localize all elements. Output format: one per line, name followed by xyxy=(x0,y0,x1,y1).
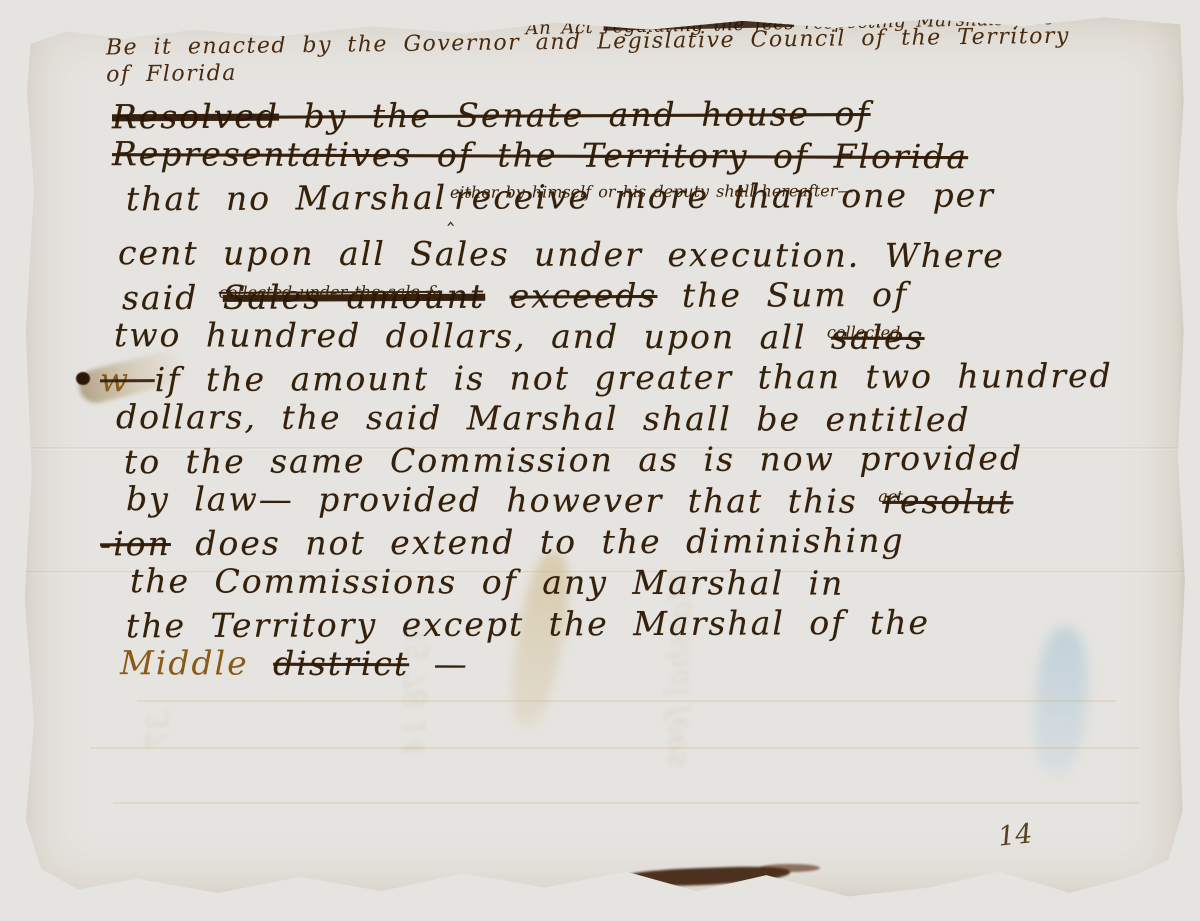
text-segment: said xyxy=(122,278,223,317)
text-segment: An Act xyxy=(525,17,603,39)
bottom-edge-ink-blot xyxy=(615,865,790,888)
interlineation: collected xyxy=(827,324,900,340)
text-segment: -ion xyxy=(100,524,171,563)
text-segment: by law— provided however that this xyxy=(126,479,882,521)
manuscript-line: said Sales amountcollected under the sal… xyxy=(122,273,1172,319)
scan-background: { "page": { "page_number": "14", "colors… xyxy=(0,0,1200,921)
text-segment: to the same Commission as is now provide… xyxy=(124,438,1023,481)
manuscript-body: Resolved by the Senate and house ofRepre… xyxy=(112,94,1172,685)
text-segment: regulating the fees xyxy=(603,13,794,38)
bleedthrough-ghost-text: 37 xyxy=(141,710,177,749)
interlineation: collected under the sale & xyxy=(219,284,442,301)
bleedthrough-line xyxy=(113,802,1139,804)
ink-smudge-dot xyxy=(76,372,90,385)
text-segment: if the amount is not greater than two hu… xyxy=(155,356,1113,399)
manuscript-line: cent upon all Sales under execution. Whe… xyxy=(118,232,1172,277)
page-number-pencil: 14 xyxy=(996,818,1033,852)
text-segment: resolutact xyxy=(882,482,1013,521)
manuscript-line: dollars, the said Marshal shall be entit… xyxy=(116,396,1172,441)
text-segment: by the Senate and house of xyxy=(279,94,871,136)
manuscript-line: two hundred dollars, and upon all salesc… xyxy=(114,314,1172,359)
text-segment: — xyxy=(409,644,469,683)
manuscript-line: to the same Commission as is now provide… xyxy=(124,437,1172,483)
enacting-clause: An Act regulating the fees respecting Ma… xyxy=(106,22,1167,89)
text-segment: Middle xyxy=(120,643,273,683)
manuscript-page: 35 78 14 Marshal fees 37 An Act regulati… xyxy=(20,12,1186,900)
text-segment: Sales amountcollected under the sale & xyxy=(223,277,486,317)
bottom-edge-ink-blot xyxy=(760,864,820,872)
interlineation: act xyxy=(878,488,903,504)
manuscript-line: Middle district — xyxy=(120,642,1172,687)
text-segment: salescollected xyxy=(831,318,925,357)
text-segment: w xyxy=(100,360,155,399)
text-segment: receive more than one pereither by himse… xyxy=(454,175,995,216)
text-segment: dollars, the said Marshal shall be entit… xyxy=(116,397,971,439)
text-segment xyxy=(485,277,510,316)
manuscript-line: that no Marshal‸receive more than one pe… xyxy=(126,174,1172,237)
text-segment: district xyxy=(273,644,409,683)
text-segment: two hundred dollars, and upon all xyxy=(114,315,831,357)
manuscript-line: w if the amount is not greater than two … xyxy=(100,355,1172,401)
bleedthrough-line xyxy=(90,747,1139,749)
manuscript-line: Representatives of the Territory of Flor… xyxy=(112,133,1172,178)
manuscript-line: by law— provided however that this resol… xyxy=(126,478,1172,523)
manuscript-line: the Commissions of any Marshal in xyxy=(130,560,1172,605)
text-segment: the Territory except the Marshal of the xyxy=(126,603,930,646)
manuscript-line: Resolved by the Senate and house of xyxy=(112,92,1172,138)
text-segment: Representatives of the Territory of Flor… xyxy=(112,134,968,176)
text-segment: cent upon all Sales under execution. Whe… xyxy=(118,233,1005,275)
text-segment: exceeds xyxy=(510,276,658,316)
text-segment: Resolved xyxy=(112,97,279,137)
text-segment: that no Marshal xyxy=(126,178,447,218)
manuscript-line: the Territory except the Marshal of the xyxy=(126,601,1172,647)
text-segment: does not extend to the diminishing xyxy=(171,521,905,563)
text-segment: the Commissions of any Marshal in xyxy=(130,561,844,602)
manuscript-line: -ion does not extend to the diminishing xyxy=(100,519,1172,565)
bleedthrough-line xyxy=(137,700,1116,702)
interlineation: either by himself or his deputy shall he… xyxy=(450,183,854,201)
text-segment: the Sum of xyxy=(657,275,908,315)
